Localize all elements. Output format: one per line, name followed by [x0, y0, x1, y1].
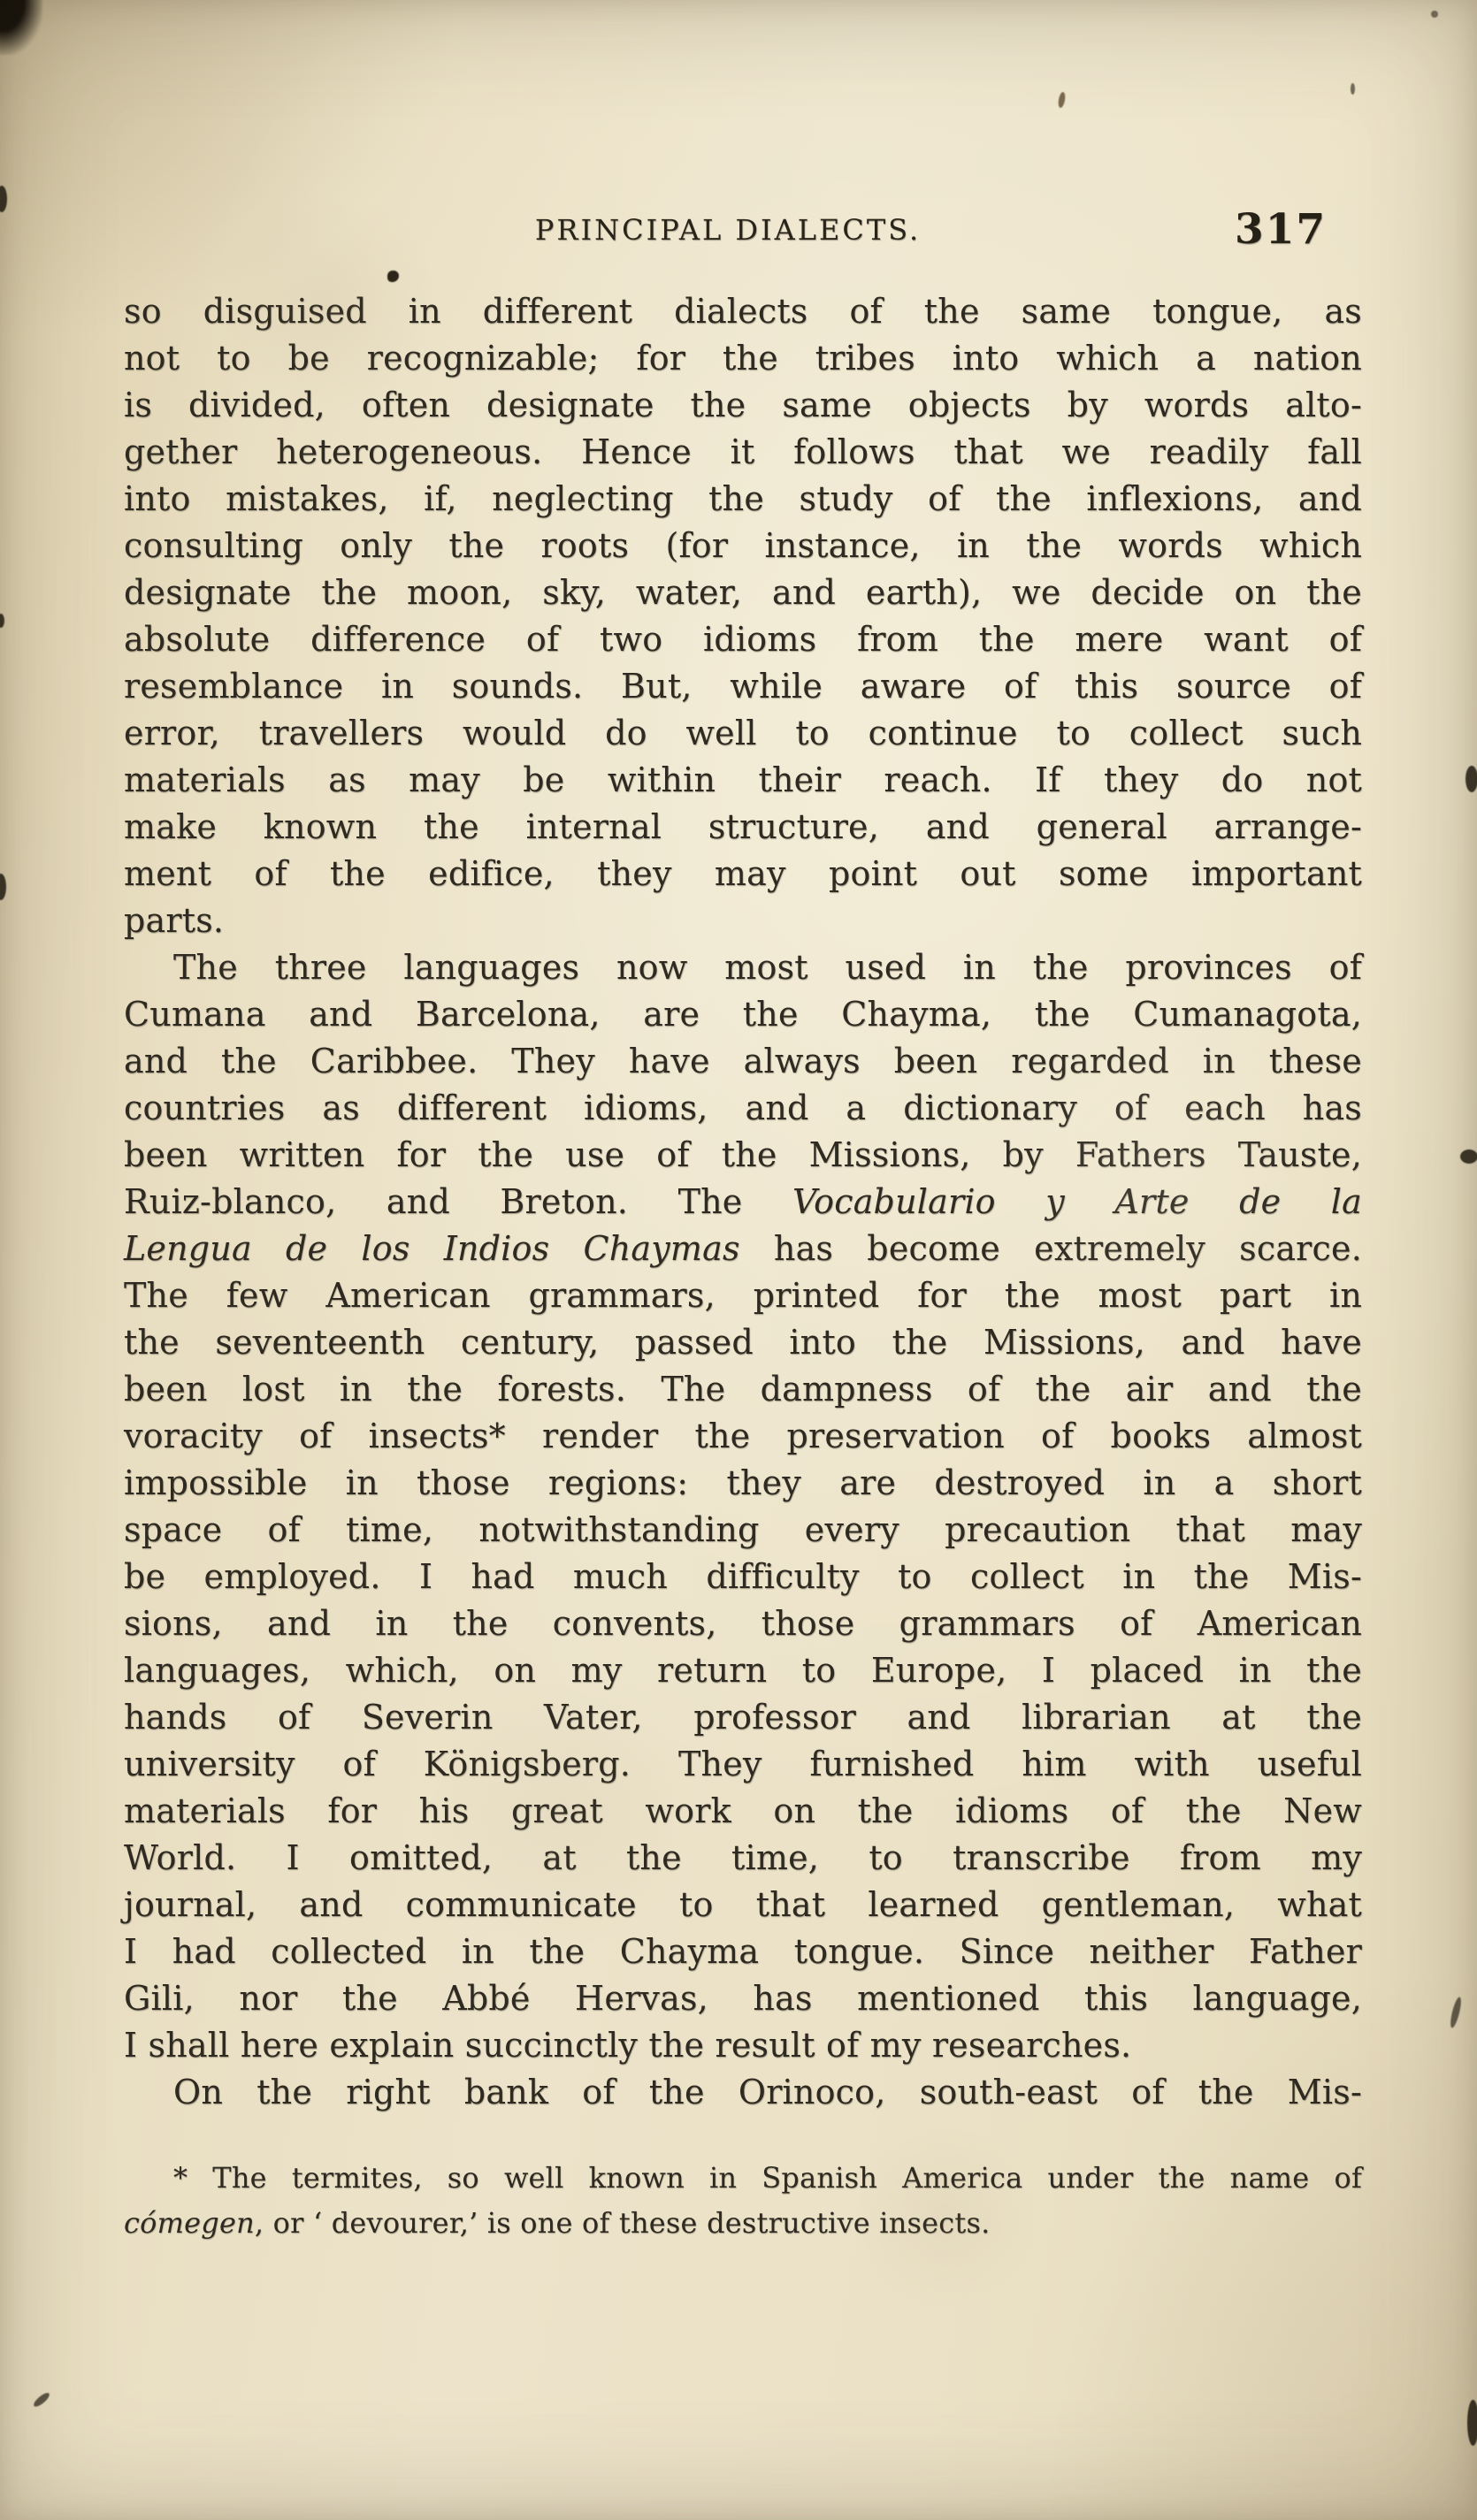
- text-segment: World. I omitted, at the time, to transc…: [124, 1838, 1362, 1877]
- text-segment: ment of the edifice, they may point out …: [124, 854, 1362, 893]
- text-line: is divided, often designate the same obj…: [124, 382, 1362, 429]
- scan-speck: [32, 2391, 51, 2409]
- text-segment: The three languages now most used in the…: [173, 948, 1362, 987]
- text-line: materials as may be within their reach. …: [124, 757, 1362, 804]
- text-line: university of Königsberg. They furnished…: [124, 1741, 1362, 1788]
- text-line: the seventeenth century, passed into the…: [124, 1319, 1362, 1366]
- text-line: not to be recognizable; for the tribes i…: [124, 335, 1362, 382]
- text-line: gether heterogeneous. Hence it follows t…: [124, 429, 1362, 476]
- scan-speck: [0, 614, 4, 628]
- text-line: ment of the edifice, they may point out …: [124, 851, 1362, 897]
- scan-speck: [1467, 2400, 1477, 2446]
- text-segment: been written for the use of the Missions…: [124, 1135, 1362, 1174]
- text-segment: Ruiz-blanco, and Breton. The: [124, 1182, 792, 1221]
- text-line: The three languages now most used in the…: [124, 944, 1362, 991]
- text-line: materials for his great work on the idio…: [124, 1788, 1362, 1835]
- text-segment: The few American grammars, printed for t…: [124, 1276, 1362, 1315]
- text-segment: journal, and communicate to that learned…: [124, 1885, 1362, 1924]
- text-segment: materials as may be within their reach. …: [124, 760, 1362, 799]
- text-line: World. I omitted, at the time, to transc…: [124, 1835, 1362, 1882]
- text-line: countries as different idioms, and a dic…: [124, 1085, 1362, 1132]
- text-line: On the right bank of the Orinoco, south-…: [124, 2069, 1362, 2116]
- text-segment: error, travellers would do well to conti…: [124, 714, 1362, 752]
- text-segment: be employed. I had much difficulty to co…: [124, 1557, 1362, 1596]
- text-segment: designate the moon, sky, water, and eart…: [124, 573, 1362, 612]
- text-segment: hands of Severin Vater, professor and li…: [124, 1698, 1362, 1737]
- text-line: cómegen, or ‘ devourer,’ is one of these…: [124, 2201, 1362, 2246]
- text-line: hands of Severin Vater, professor and li…: [124, 1694, 1362, 1741]
- book-page-scan: PRINCIPAL DIALECTS. 317 so disguised in …: [0, 0, 1477, 2520]
- text-segment: so disguised in different dialects of th…: [124, 292, 1362, 331]
- text-segment: * The termites, so well known in Spanish…: [173, 2161, 1362, 2195]
- text-line: journal, and communicate to that learned…: [124, 1882, 1362, 1928]
- text-segment: parts.: [124, 901, 224, 940]
- text-segment: materials for his great work on the idio…: [124, 1791, 1362, 1830]
- text-line: resemblance in sounds. But, while aware …: [124, 663, 1362, 710]
- text-line: sions, and in the convents, those gramma…: [124, 1600, 1362, 1647]
- text-segment: not to be recognizable; for the tribes i…: [124, 339, 1362, 378]
- text-line: The few American grammars, printed for t…: [124, 1272, 1362, 1319]
- text-segment: sions, and in the convents, those gramma…: [124, 1604, 1362, 1643]
- text-segment: resemblance in sounds. But, while aware …: [124, 667, 1362, 706]
- text-line: been written for the use of the Missions…: [124, 1132, 1362, 1179]
- text-line: be employed. I had much difficulty to co…: [124, 1554, 1362, 1600]
- scan-speck: [0, 874, 6, 900]
- text-line: Cumana and Barcelona, are the Chayma, th…: [124, 991, 1362, 1038]
- text-line: designate the moon, sky, water, and eart…: [124, 569, 1362, 616]
- text-segment: space of time, notwithstanding every pre…: [124, 1510, 1362, 1549]
- italic-text: Lengua de los Indios Chaymas: [124, 1229, 740, 1268]
- italic-text: cómegen: [124, 2206, 255, 2240]
- scan-speck: [1466, 766, 1477, 792]
- text-segment: university of Königsberg. They furnished…: [124, 1745, 1362, 1783]
- text-segment: On the right bank of the Orinoco, south-…: [173, 2073, 1362, 2111]
- text-segment: is divided, often designate the same obj…: [124, 386, 1362, 424]
- text-line: so disguised in different dialects of th…: [124, 288, 1362, 335]
- text-segment: I shall here explain succinctly the resu…: [124, 2026, 1131, 2065]
- text-line: I had collected in the Chayma tongue. Si…: [124, 1928, 1362, 1975]
- scan-speck: [1431, 11, 1438, 18]
- text-line: been lost in the forests. The dampness o…: [124, 1366, 1362, 1413]
- text-line: into mistakes, if, neglecting the study …: [124, 476, 1362, 523]
- page-number: 317: [1235, 206, 1327, 254]
- text-line: * The termites, so well known in Spanish…: [124, 2156, 1362, 2201]
- text-line: languages, which, on my return to Europe…: [124, 1647, 1362, 1694]
- text-segment: countries as different idioms, and a dic…: [124, 1088, 1362, 1127]
- footnote: * The termites, so well known in Spanish…: [124, 2156, 1362, 2246]
- text-line: voracity of insects* render the preserva…: [124, 1413, 1362, 1460]
- text-segment: into mistakes, if, neglecting the study …: [124, 479, 1362, 518]
- text-line: and the Caribbee. They have always been …: [124, 1038, 1362, 1085]
- scan-speck: [0, 186, 7, 212]
- text-segment: , or ‘ devourer,’ is one of these destru…: [255, 2206, 991, 2240]
- scan-speck: [1460, 1149, 1477, 1164]
- text-segment: consulting only the roots (for instance,…: [124, 526, 1362, 565]
- text-segment: languages, which, on my return to Europe…: [124, 1651, 1362, 1690]
- text-segment: has become extremely scarce.: [740, 1229, 1362, 1268]
- text-segment: gether heterogeneous. Hence it follows t…: [124, 432, 1362, 471]
- text-segment: impossible in those regions: they are de…: [124, 1463, 1362, 1502]
- text-line: consulting only the roots (for instance,…: [124, 523, 1362, 569]
- text-line: impossible in those regions: they are de…: [124, 1460, 1362, 1507]
- text-line: error, travellers would do well to conti…: [124, 710, 1362, 757]
- scan-speck: [1057, 92, 1066, 109]
- italic-text: Vocabulario y Arte de la: [792, 1182, 1362, 1221]
- text-line: Lengua de los Indios Chaymas has become …: [124, 1226, 1362, 1272]
- text-segment: the seventeenth century, passed into the…: [124, 1323, 1362, 1362]
- text-line: Gili, nor the Abbé Hervas, has mentioned…: [124, 1975, 1362, 2022]
- text-segment: Cumana and Barcelona, are the Chayma, th…: [124, 995, 1362, 1034]
- text-line: I shall here explain succinctly the resu…: [124, 2022, 1362, 2069]
- text-segment: Gili, nor the Abbé Hervas, has mentioned…: [124, 1979, 1362, 2018]
- text-segment: voracity of insects* render the preserva…: [124, 1417, 1362, 1455]
- scan-corner-blotch: [0, 0, 42, 55]
- text-segment: and the Caribbee. They have always been …: [124, 1042, 1362, 1081]
- text-line: make known the internal structure, and g…: [124, 804, 1362, 851]
- text-line: parts.: [124, 897, 1362, 944]
- text-segment: absolute difference of two idioms from t…: [124, 620, 1362, 659]
- ink-dot: [387, 271, 399, 282]
- text-segment: I had collected in the Chayma tongue. Si…: [124, 1932, 1362, 1971]
- text-line: space of time, notwithstanding every pre…: [124, 1507, 1362, 1554]
- scan-speck: [1449, 1997, 1463, 2029]
- scan-speck: [1351, 83, 1355, 95]
- body-text: so disguised in different dialects of th…: [124, 288, 1362, 2116]
- text-segment: make known the internal structure, and g…: [124, 807, 1362, 846]
- text-line: Ruiz-blanco, and Breton. The Vocabulario…: [124, 1179, 1362, 1226]
- text-segment: been lost in the forests. The dampness o…: [124, 1370, 1362, 1409]
- text-line: absolute difference of two idioms from t…: [124, 616, 1362, 663]
